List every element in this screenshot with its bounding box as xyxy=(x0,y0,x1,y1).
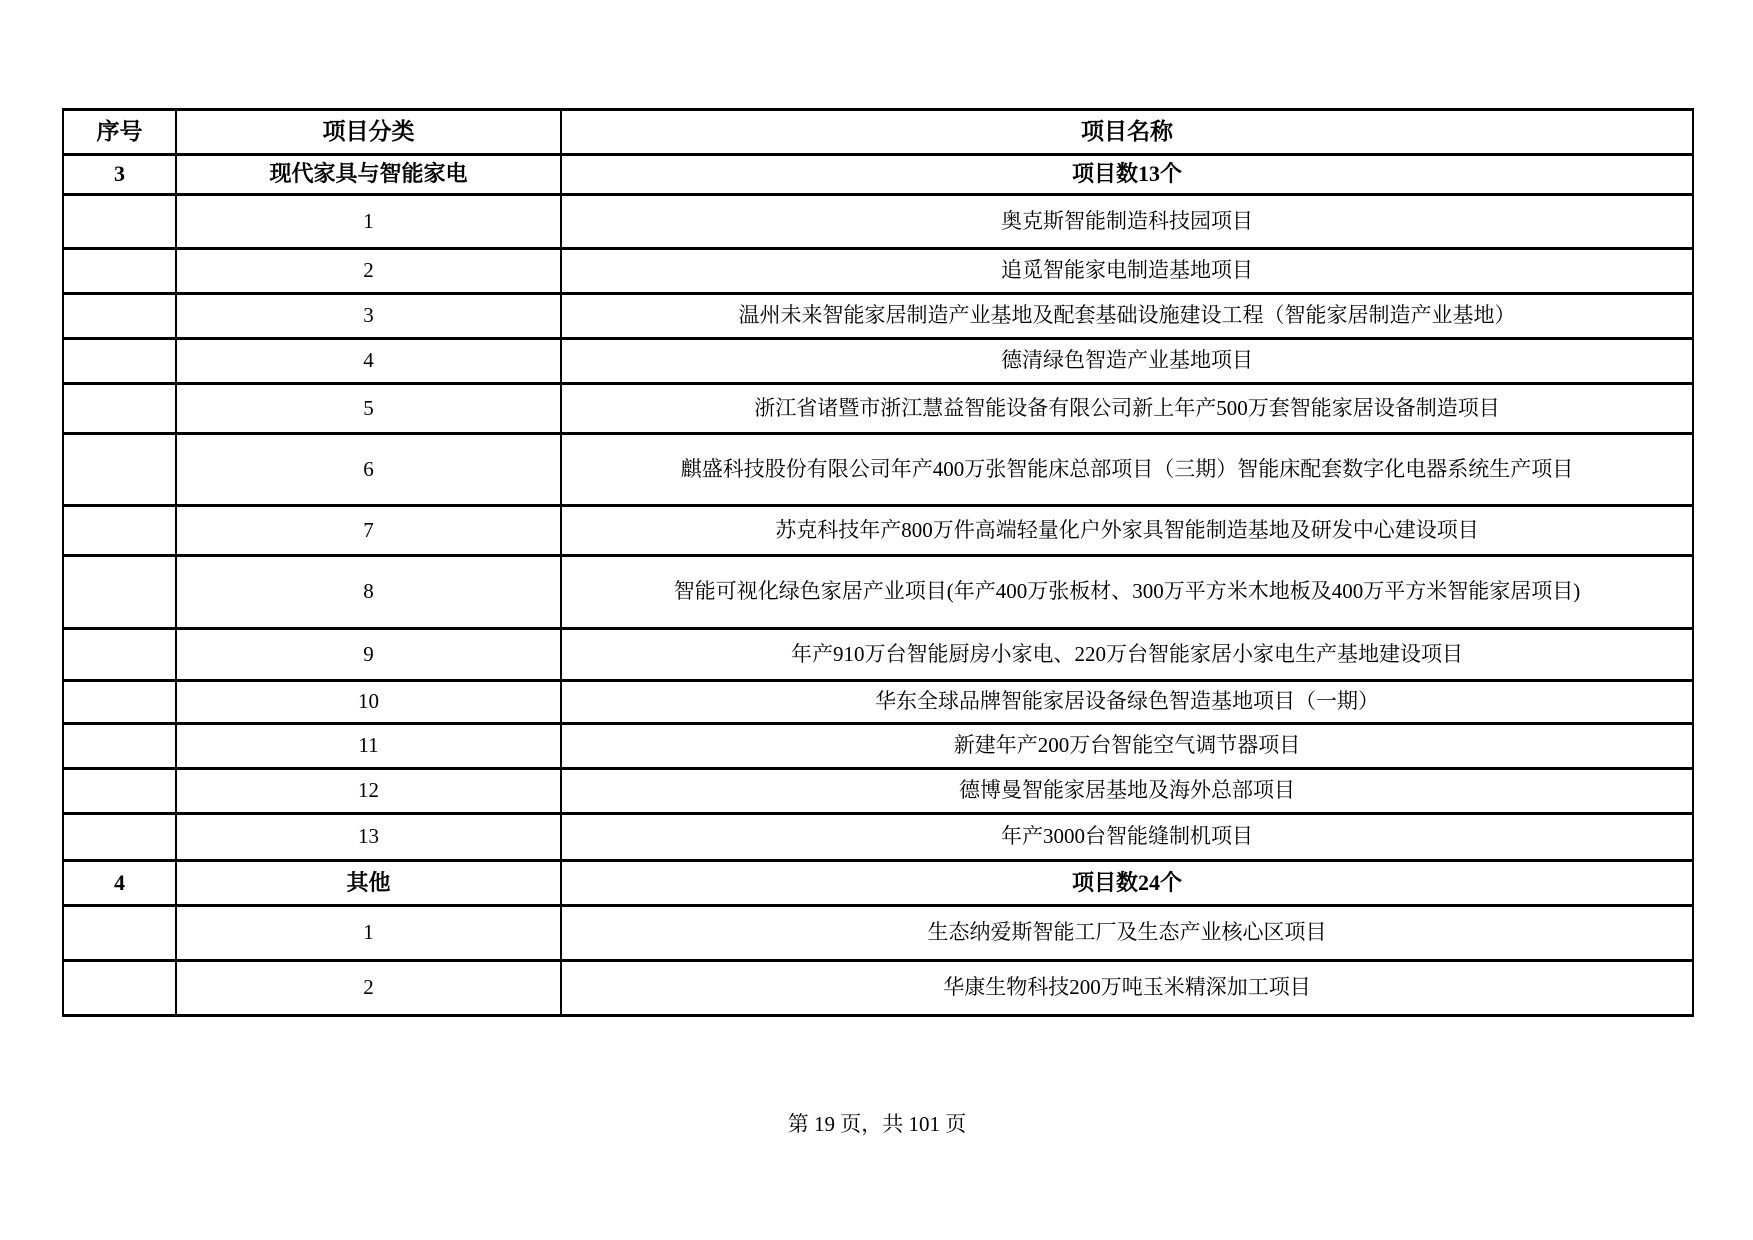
cell-category: 2 xyxy=(176,249,561,294)
cell-name: 年产910万台智能厨房小家电、220万台智能家居小家电生产基地建设项目 xyxy=(561,629,1693,681)
page-number-footer: 第 19 页，共 101 页 xyxy=(62,1108,1692,1138)
table-row: 3 现代家具与智能家电 项目数13个 xyxy=(63,155,1693,195)
cell-category: 1 xyxy=(176,195,561,249)
cell-category: 5 xyxy=(176,384,561,434)
cell-serial xyxy=(63,434,176,506)
table-row: 13 年产3000台智能缝制机项目 xyxy=(63,814,1693,861)
cell-serial xyxy=(63,906,176,961)
cell-serial xyxy=(63,769,176,814)
cell-serial xyxy=(63,556,176,629)
cell-serial xyxy=(63,961,176,1016)
cell-name: 新建年产200万台智能空气调节器项目 xyxy=(561,724,1693,769)
table-row: 8 智能可视化绿色家居产业项目(年产400万张板材、300万平方米木地板及400… xyxy=(63,556,1693,629)
cell-serial xyxy=(63,629,176,681)
cell-name: 浙江省诸暨市浙江慧益智能设备有限公司新上年产500万套智能家居设备制造项目 xyxy=(561,384,1693,434)
cell-category: 11 xyxy=(176,724,561,769)
cell-serial xyxy=(63,681,176,724)
table-row: 12 德博曼智能家居基地及海外总部项目 xyxy=(63,769,1693,814)
cell-name: 麒盛科技股份有限公司年产400万张智能床总部项目（三期）智能床配套数字化电器系统… xyxy=(561,434,1693,506)
cell-name: 智能可视化绿色家居产业项目(年产400万张板材、300万平方米木地板及400万平… xyxy=(561,556,1693,629)
cell-category: 1 xyxy=(176,906,561,961)
cell-category: 3 xyxy=(176,294,561,339)
cell-name: 奥克斯智能制造科技园项目 xyxy=(561,195,1693,249)
cell-category: 其他 xyxy=(176,861,561,906)
cell-category: 4 xyxy=(176,339,561,384)
cell-serial xyxy=(63,339,176,384)
cell-name: 项目数13个 xyxy=(561,155,1693,195)
cell-name: 生态纳爱斯智能工厂及生态产业核心区项目 xyxy=(561,906,1693,961)
table-row: 2 华康生物科技200万吨玉米精深加工项目 xyxy=(63,961,1693,1016)
cell-name: 温州未来智能家居制造产业基地及配套基础设施建设工程（智能家居制造产业基地） xyxy=(561,294,1693,339)
table-row: 3 温州未来智能家居制造产业基地及配套基础设施建设工程（智能家居制造产业基地） xyxy=(63,294,1693,339)
table-row: 1 奥克斯智能制造科技园项目 xyxy=(63,195,1693,249)
cell-category: 8 xyxy=(176,556,561,629)
table-row: 4 德清绿色智造产业基地项目 xyxy=(63,339,1693,384)
cell-name: 项目数24个 xyxy=(561,861,1693,906)
cell-serial xyxy=(63,294,176,339)
cell-name: 追觅智能家电制造基地项目 xyxy=(561,249,1693,294)
document-page: 序号 项目分类 项目名称 3 现代家具与智能家电 项目数13个 1 奥克斯智能制… xyxy=(0,0,1753,1240)
table-row: 5 浙江省诸暨市浙江慧益智能设备有限公司新上年产500万套智能家居设备制造项目 xyxy=(63,384,1693,434)
cell-serial xyxy=(63,814,176,861)
cell-name: 华康生物科技200万吨玉米精深加工项目 xyxy=(561,961,1693,1016)
table-body: 3 现代家具与智能家电 项目数13个 1 奥克斯智能制造科技园项目 2 追觅智能… xyxy=(63,155,1693,1016)
cell-name: 德博曼智能家居基地及海外总部项目 xyxy=(561,769,1693,814)
col-header-serial: 序号 xyxy=(63,110,176,155)
table-row: 6 麒盛科技股份有限公司年产400万张智能床总部项目（三期）智能床配套数字化电器… xyxy=(63,434,1693,506)
cell-serial xyxy=(63,724,176,769)
table-row: 7 苏克科技年产800万件高端轻量化户外家具智能制造基地及研发中心建设项目 xyxy=(63,506,1693,556)
table-row: 4 其他 项目数24个 xyxy=(63,861,1693,906)
table-row: 11 新建年产200万台智能空气调节器项目 xyxy=(63,724,1693,769)
cell-name: 华东全球品牌智能家居设备绿色智造基地项目（一期） xyxy=(561,681,1693,724)
cell-category: 13 xyxy=(176,814,561,861)
cell-category: 7 xyxy=(176,506,561,556)
table-row: 2 追觅智能家电制造基地项目 xyxy=(63,249,1693,294)
cell-name: 苏克科技年产800万件高端轻量化户外家具智能制造基地及研发中心建设项目 xyxy=(561,506,1693,556)
header-row: 序号 项目分类 项目名称 xyxy=(63,110,1693,155)
cell-category: 2 xyxy=(176,961,561,1016)
projects-table: 序号 项目分类 项目名称 3 现代家具与智能家电 项目数13个 1 奥克斯智能制… xyxy=(62,108,1694,1017)
cell-serial xyxy=(63,506,176,556)
cell-serial: 3 xyxy=(63,155,176,195)
cell-serial xyxy=(63,384,176,434)
table-row: 1 生态纳爱斯智能工厂及生态产业核心区项目 xyxy=(63,906,1693,961)
cell-category: 12 xyxy=(176,769,561,814)
col-header-category: 项目分类 xyxy=(176,110,561,155)
cell-category: 9 xyxy=(176,629,561,681)
col-header-name: 项目名称 xyxy=(561,110,1693,155)
cell-serial xyxy=(63,249,176,294)
cell-serial xyxy=(63,195,176,249)
cell-category: 10 xyxy=(176,681,561,724)
cell-name: 德清绿色智造产业基地项目 xyxy=(561,339,1693,384)
cell-name: 年产3000台智能缝制机项目 xyxy=(561,814,1693,861)
table-row: 9 年产910万台智能厨房小家电、220万台智能家居小家电生产基地建设项目 xyxy=(63,629,1693,681)
cell-category: 6 xyxy=(176,434,561,506)
cell-serial: 4 xyxy=(63,861,176,906)
cell-category: 现代家具与智能家电 xyxy=(176,155,561,195)
table-row: 10 华东全球品牌智能家居设备绿色智造基地项目（一期） xyxy=(63,681,1693,724)
